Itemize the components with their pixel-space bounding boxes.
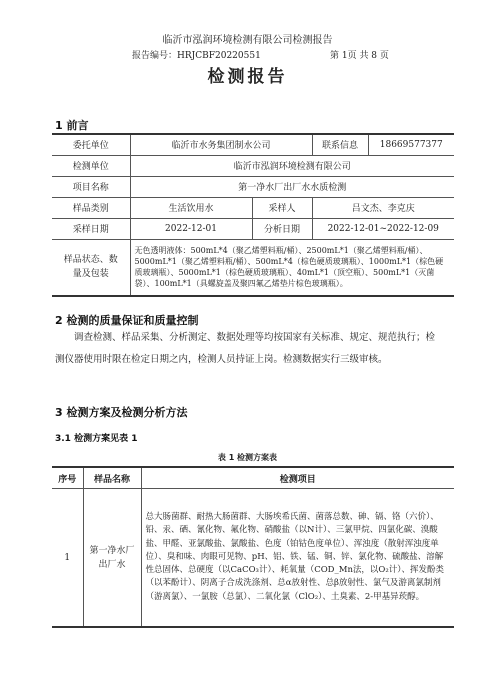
- row-items: 总大肠菌群、耐热大肠菌群、大肠埃希氏菌、菌落总数、砷、镉、铬（六价）、铅、汞、硒…: [141, 489, 454, 628]
- table-row: 样品状态、数量及包装 无色透明液体：500mL*4（聚乙烯塑料瓶/桶）、2500…: [52, 239, 454, 296]
- analysis-date-label: 分析日期: [252, 218, 312, 239]
- client-value: 临沂市水务集团制水公司: [130, 134, 312, 155]
- section-heading-methods: 3 检测方案及检测分析方法: [55, 404, 187, 420]
- report-number-label: 报告编号：: [132, 51, 177, 61]
- row-no: 1: [52, 489, 83, 628]
- sampler-value: 吕文杰、李克庆: [312, 197, 454, 218]
- contact-label: 联系信息: [312, 134, 368, 155]
- column-header-sample: 样品名称: [83, 467, 141, 489]
- table-header-row: 序号 样品名称 检测项目: [52, 467, 454, 489]
- analysis-date-value: 2022-12-01~2022-12-09: [312, 218, 454, 239]
- table-row: 样品类别 生活饮用水 采样人 吕文杰、李克庆: [52, 197, 454, 218]
- category-label: 样品类别: [52, 197, 130, 218]
- sampler-label: 采样人: [252, 197, 312, 218]
- table-row: 委托单位 临沂市水务集团制水公司 联系信息 18669577377: [52, 134, 454, 155]
- column-header-no: 序号: [52, 467, 83, 489]
- subsection-heading: 3.1 检测方案见表 1: [55, 431, 137, 444]
- category-value: 生活饮用水: [130, 197, 252, 218]
- section-heading-quality: 2 检测的质量保证和质量控制: [55, 312, 198, 328]
- column-header-items: 检测项目: [141, 467, 454, 489]
- sample-date-label: 采样日期: [52, 218, 130, 239]
- quality-paragraph: 调查检测、样品采集、分析测定、数据处理等均按国家有关标准、规定、规范执行；检测仪…: [55, 327, 440, 371]
- client-label: 委托单位: [52, 134, 130, 155]
- table-row: 检测单位 临沂市泓润环境检测有限公司: [52, 155, 454, 176]
- project-label: 项目名称: [52, 176, 130, 197]
- table-row: 1 第一净水厂出厂水 总大肠菌群、耐热大肠菌群、大肠埃希氏菌、菌落总数、砷、镉、…: [52, 489, 454, 628]
- page-info: 第 1页 共 8 页: [330, 48, 389, 61]
- table-row: 项目名称 第一净水厂出厂水水质检测: [52, 176, 454, 197]
- document-title: 检测报告: [0, 62, 495, 87]
- plan-table: 序号 样品名称 检测项目 1 第一净水厂出厂水 总大肠菌群、耐热大肠菌群、大肠埃…: [52, 466, 454, 628]
- contact-value: 18669577377: [368, 134, 454, 155]
- lab-label: 检测单位: [52, 155, 130, 176]
- sample-state-label: 样品状态、数量及包装: [52, 239, 130, 296]
- table-caption: 表 1 检测方案表: [0, 452, 495, 463]
- table-row: 采样日期 2022-12-01 分析日期 2022-12-01~2022-12-…: [52, 218, 454, 239]
- report-header-company: 临沂市泓润环境检测有限公司检测报告: [0, 31, 495, 46]
- project-value: 第一净水厂出厂水水质检测: [130, 176, 454, 197]
- row-sample: 第一净水厂出厂水: [83, 489, 141, 628]
- sample-state-value: 无色透明液体：500mL*4（聚乙烯塑料瓶/桶）、2500mL*1（聚乙烯塑料瓶…: [130, 239, 454, 296]
- report-number-value: HRJCBF20220551: [177, 51, 261, 61]
- report-number: 报告编号：HRJCBF20220551: [132, 48, 261, 61]
- sample-date-value: 2022-12-01: [130, 218, 252, 239]
- info-table: 委托单位 临沂市水务集团制水公司 联系信息 18669577377 检测单位 临…: [52, 133, 454, 297]
- section-heading-preface: 1 前言: [55, 117, 88, 133]
- lab-value: 临沂市泓润环境检测有限公司: [130, 155, 454, 176]
